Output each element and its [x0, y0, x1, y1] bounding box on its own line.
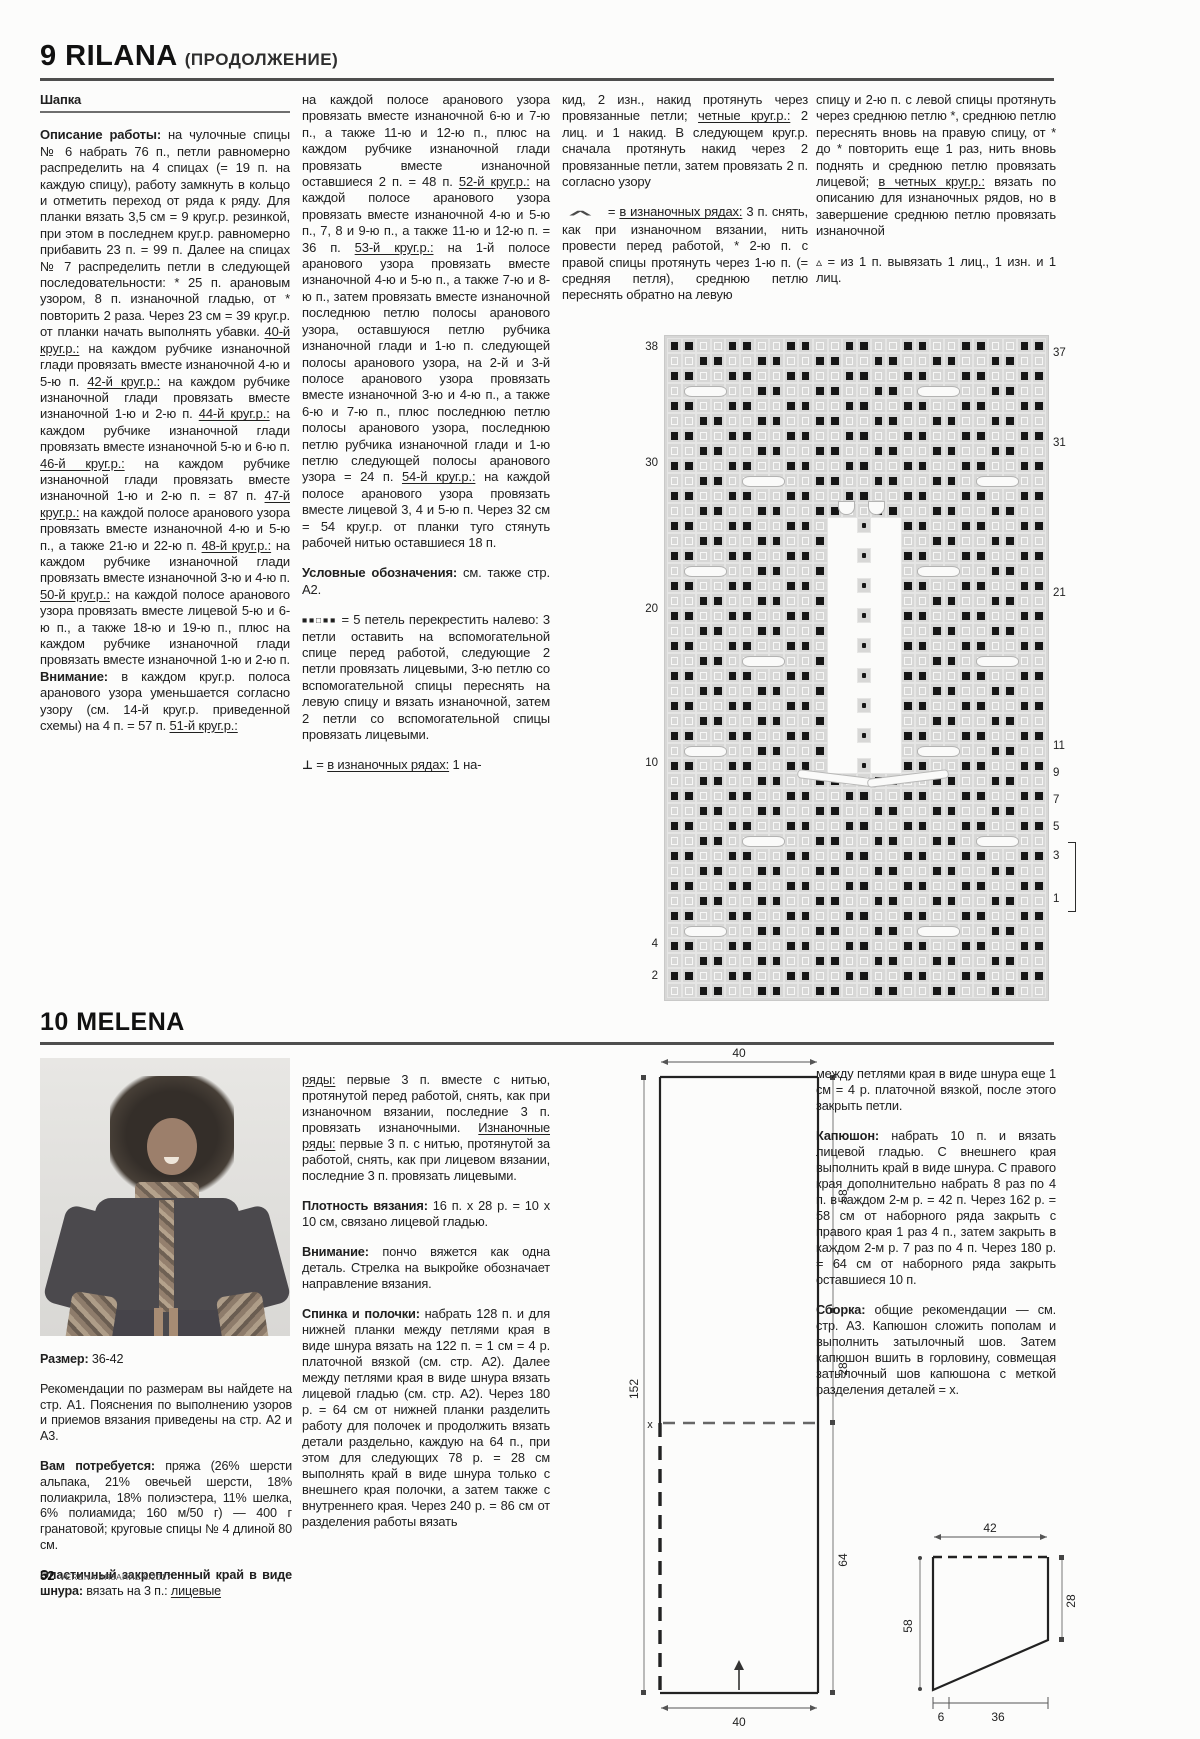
schematic-hood: 42 58 28 6 36 [885, 1505, 1095, 1730]
text-segment: набрать 128 п. и для нижней планки между… [302, 1306, 550, 1529]
magazine-page: 9 RILANA(ПРОДОЛЖЕНИЕ) ШапкаОписание рабо… [0, 0, 1200, 1739]
hood-dim-bottom-small: 6 [938, 1710, 945, 1724]
text-segment: = 5 петель перекрестить налево: 3 петли … [302, 612, 550, 742]
rilana-column-2: на каждой полосе аранового узора провяза… [302, 92, 550, 774]
text-segment: 53-й круг.р.: [355, 240, 434, 255]
dim-width-bottom: 40 [732, 1715, 746, 1729]
melena-column-2: ряды: первые 3 п. вместе с нитью, протян… [302, 1072, 550, 1530]
poncho-front-opening [159, 1200, 174, 1312]
paragraph: ■■□■■ = 5 петель перекрестить налево: 3 … [302, 612, 550, 743]
hood-dim-left: 58 [901, 1619, 915, 1633]
cable-symbol [684, 746, 727, 757]
model-face [147, 1118, 197, 1175]
paragraph: Рекомендации по размерам вы найдете на с… [40, 1382, 292, 1445]
text-segment: набрать 10 п. и вязать лицевой гладью. С… [816, 1128, 1056, 1287]
text-segment: = [604, 204, 619, 219]
text-segment: 42-й круг.р.: [87, 374, 160, 389]
section-header-rilana: 9 RILANA(ПРОДОЛЖЕНИЕ) [40, 40, 338, 73]
magazine-credit: VERENA ВЯЗАНИЕ 6/2017 [59, 1572, 171, 1582]
text-segment: Сборка: [816, 1302, 865, 1317]
chart-row-number: 4 [652, 938, 658, 950]
paragraph: Размер: 36-42 [40, 1352, 292, 1368]
text-segment: вязать на 3 п.: [83, 1584, 171, 1598]
cable-symbol [684, 566, 727, 577]
bobble-symbol [868, 501, 885, 515]
text-segment: 51-й круг.р.: [170, 718, 238, 733]
paragraph: Плотность вязания: 16 п. х 28 р. = 10 х … [302, 1198, 550, 1230]
section-header-melena: 10 MELENA [40, 1008, 185, 1037]
text-segment: 54-й круг.р.: [402, 469, 475, 484]
paragraph: Шапка [40, 92, 290, 113]
rilana-column-1: ШапкаОписание работы: на чулочные спицы … [40, 92, 290, 734]
cable-symbol [917, 746, 960, 757]
melena-column-4: между петлями края в виде шнура еще 1 см… [816, 1066, 1056, 1398]
chart-right-labels: 3731211197531 [1053, 330, 1077, 1025]
text-segment: в изнаночных рядах: [619, 204, 742, 219]
text-segment: Условные обозначения: [302, 565, 457, 580]
text-segment: лицевые [171, 1584, 221, 1598]
melena-column-1: Размер: 36-42Рекомендации по размерам вы… [40, 1058, 292, 1599]
text-segment: Капюшон: [816, 1128, 879, 1143]
rilana-column-3: кид, 2 изн., накид протянуть через провя… [562, 92, 808, 304]
dim-width-top: 40 [732, 1046, 746, 1060]
text-segment: первые 3 п. с нитью, протянутой за работ… [302, 1136, 550, 1183]
chart-row-number: 2 [652, 970, 658, 982]
chart-row-number: 10 [645, 757, 658, 769]
cable-symbol [684, 926, 727, 937]
page-number: 52 [40, 1568, 54, 1583]
paragraph: спицу и 2-ю п. с левой спицы протянуть ч… [816, 92, 1056, 240]
cable-symbol [976, 656, 1019, 667]
model-photo [40, 1058, 290, 1336]
model-leg-right [169, 1308, 178, 1336]
legend-symbol-icon: ⊥ [302, 758, 313, 772]
division-mark: x [647, 1419, 653, 1431]
cable-symbol [742, 656, 785, 667]
knitting-chart: 3830201042 3731211197531 [600, 330, 1095, 1025]
text-segment: 48-й круг.р.: [202, 538, 272, 553]
chart-row-number: 31 [1053, 437, 1066, 449]
cable-symbol [684, 386, 727, 397]
paragraph: ряды: первые 3 п. вместе с нитью, протян… [302, 1072, 550, 1184]
plaid-cuff-right [216, 1291, 271, 1336]
cable-symbol [917, 926, 960, 937]
paragraph: Внимание: пончо вяжется как одна деталь.… [302, 1244, 550, 1292]
hood-dim-bottom-large: 36 [991, 1710, 1005, 1724]
section-subtitle: (ПРОДОЛЖЕНИЕ) [185, 50, 339, 69]
text-segment: в изнаночных рядах: [327, 757, 449, 772]
cable-symbol [976, 836, 1019, 847]
text-segment: Вам потребуется: [40, 1459, 155, 1473]
cable-symbol [976, 476, 1019, 487]
dim-height-left: 152 [627, 1379, 641, 1399]
paragraph: ▵ = из 1 п. вывязать 1 лиц., 1 изн. и 1 … [816, 254, 1056, 287]
cable-symbol [917, 566, 960, 577]
chart-overlays [667, 338, 1051, 1002]
text-segment: Спинка и полочки: [302, 1306, 420, 1321]
chart-row-number: 20 [645, 603, 658, 615]
text-segment: 50-й круг.р.: [40, 587, 110, 602]
model-leg-left [154, 1308, 163, 1336]
header-rule [40, 78, 1054, 81]
rilana-column-4: спицу и 2-ю п. с левой спицы протянуть ч… [816, 92, 1056, 286]
dim-right-bottom: 64 [836, 1553, 850, 1567]
chart-row-number: 7 [1053, 794, 1059, 806]
text-segment: Размер: [40, 1352, 89, 1366]
text-segment: на чулочные спицы № 6 набрать 76 п., пет… [40, 127, 290, 339]
chart-row-number: 30 [645, 457, 658, 469]
section-title: 9 RILANA [40, 40, 178, 72]
paragraph: ∧ = в изнаночных рядах: 3 п. снять, как … [562, 204, 808, 303]
hood-dim-top: 42 [983, 1521, 997, 1535]
text-segment: в четных круг.р.: [878, 174, 984, 189]
text-segment: 44-й круг.р.: [199, 406, 270, 421]
melena-column-1-text: Размер: 36-42Рекомендации по размерам вы… [40, 1352, 292, 1599]
text-segment: на 1-й полосе аранового узора провязать … [302, 240, 550, 485]
legend-symbol-icon: ■■□■■ [302, 615, 337, 625]
chart-row-number: 37 [1053, 347, 1066, 359]
paragraph: ⊥ = в изнаночных рядах: 1 на- [302, 757, 550, 773]
schematic-back-front: 40 x 152 58 28 64 40 [540, 1040, 860, 1735]
page-footer: 52VERENA ВЯЗАНИЕ 6/2017 [40, 1567, 171, 1585]
text-segment: Шапка [40, 92, 290, 113]
paragraph: Условные обозначения: см. также стр. А2. [302, 565, 550, 598]
chart-left-labels: 3830201042 [634, 330, 658, 1025]
text-segment: 52-й круг.р.: [459, 174, 530, 189]
text-segment: Плотность вязания: [302, 1198, 428, 1213]
text-segment: Внимание: [302, 1244, 369, 1259]
bobble-symbol [838, 501, 855, 515]
chart-row-number: 11 [1053, 740, 1065, 752]
text-segment: Внимание: [40, 669, 108, 684]
paragraph: Сборка: общие рекомендации — см. стр. А3… [816, 1302, 1056, 1398]
chart-row-number: 21 [1053, 587, 1066, 599]
text-segment: 1 на- [449, 757, 481, 772]
cable-symbol [742, 476, 785, 487]
plaid-cuff-left [64, 1291, 119, 1336]
chart-row-number: 5 [1053, 821, 1059, 833]
text-segment: = [313, 757, 327, 772]
text-segment: между петлями края в виде шнура еще 1 см… [816, 1066, 1056, 1113]
text-segment: ряды: [302, 1072, 335, 1087]
paragraph: кид, 2 изн., накид протянуть через провя… [562, 92, 808, 190]
text-segment: = из 1 п. вывязать 1 лиц., 1 изн. и 1 ли… [816, 254, 1056, 285]
text-segment: 46-й круг.р.: [40, 456, 125, 471]
hood-outline [933, 1557, 1048, 1690]
chart-row-number: 38 [645, 341, 658, 353]
decrease-chevron [867, 769, 949, 788]
section-title: 10 MELENA [40, 1008, 185, 1036]
text-segment: Рекомендации по размерам вы найдете на с… [40, 1382, 292, 1443]
hood-dim-right: 28 [1064, 1594, 1078, 1608]
chart-row-number: 9 [1053, 767, 1059, 779]
chart-row-number: 1 [1053, 893, 1059, 905]
cable-symbol [917, 386, 960, 397]
chart-repeat-bracket [1068, 842, 1076, 912]
cable-symbol [742, 836, 785, 847]
paragraph: Капюшон: набрать 10 п. и вязать лицевой … [816, 1128, 1056, 1288]
paragraph: Описание работы: на чулочные спицы № 6 н… [40, 127, 290, 734]
paragraph: Вам потребуется: пряжа (26% шерсти альпа… [40, 1459, 292, 1554]
text-segment: четные круг.р.: [698, 108, 790, 123]
paragraph: на каждой полосе аранового узора провяза… [302, 92, 550, 551]
legend-symbol-icon: ∧ [563, 207, 596, 219]
chart-row-number: 3 [1053, 850, 1059, 862]
paragraph: между петлями края в виде шнура еще 1 см… [816, 1066, 1056, 1114]
text-segment: Описание работы: [40, 127, 168, 142]
text-segment: 36-42 [89, 1352, 124, 1366]
paragraph: Спинка и полочки: набрать 128 п. и для н… [302, 1306, 550, 1530]
